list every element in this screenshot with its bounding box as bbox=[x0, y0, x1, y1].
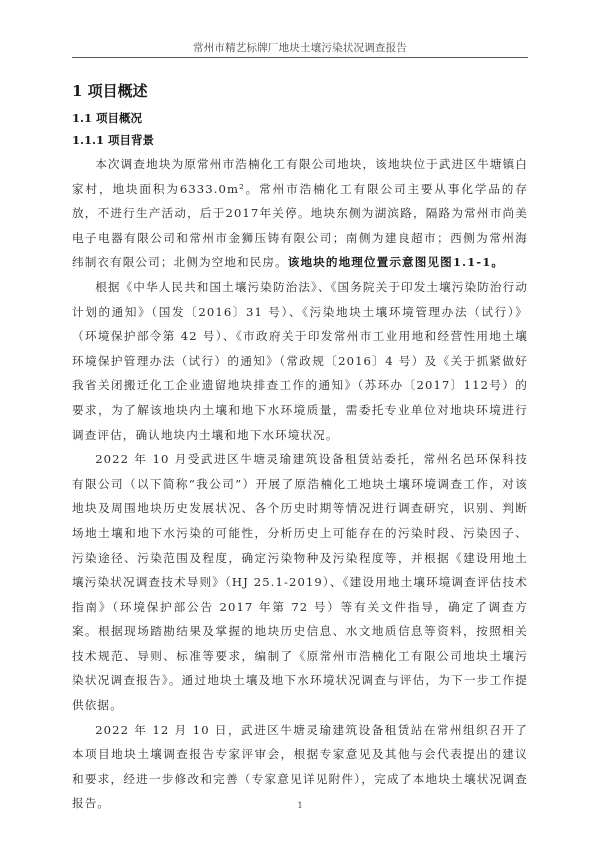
paragraph-project-location: 本次调查地块为原常州市浩楠化工有限公司地块，该地块位于武进区牛塘镇白家村，地块面… bbox=[72, 152, 528, 275]
subsection-heading: 1.1.1 项目背景 bbox=[72, 132, 154, 148]
chapter-heading: 1 项目概述 bbox=[72, 80, 148, 101]
section-heading: 1.1 项目概况 bbox=[72, 110, 142, 126]
header-rule bbox=[72, 57, 528, 58]
page-number: 1 bbox=[0, 801, 600, 810]
paragraph-text: 2022 年 10 月受武进区牛塘灵瑜建筑设备租赁站委托，常州名邑环保科技有限公… bbox=[72, 452, 528, 712]
running-header: 常州市精艺标牌厂地块土壤污染状况调查报告 bbox=[72, 40, 528, 55]
paragraph-text: 2022 年 12 月 10 日，武进区牛塘灵瑜建筑设备租赁站在常州组织召开了本… bbox=[72, 723, 528, 811]
paragraph-text: 本次调查地块为原常州市浩楠化工有限公司地块，该地块位于武进区牛塘镇白家村，地块面… bbox=[72, 157, 528, 269]
body-text: 本次调查地块为原常州市浩楠化工有限公司地块，该地块位于武进区牛塘镇白家村，地块面… bbox=[72, 152, 528, 816]
figure-reference: 该地块的地理位置示意图见图1.1-1。 bbox=[288, 255, 504, 269]
paragraph-commission: 2022 年 10 月受武进区牛塘灵瑜建筑设备租赁站委托，常州名邑环保科技有限公… bbox=[72, 447, 528, 718]
document-page: 常州市精艺标牌厂地块土壤污染状况调查报告 1 项目概述 1.1 项目概况 1.1… bbox=[0, 0, 600, 849]
paragraph-legal-basis: 根据《中华人民共和国土壤污染防治法》、《国务院关于印发土壤污染防治行动计划的通知… bbox=[72, 275, 528, 447]
paragraph-text: 根据《中华人民共和国土壤污染防治法》、《国务院关于印发土壤污染防治行动计划的通知… bbox=[72, 280, 528, 442]
